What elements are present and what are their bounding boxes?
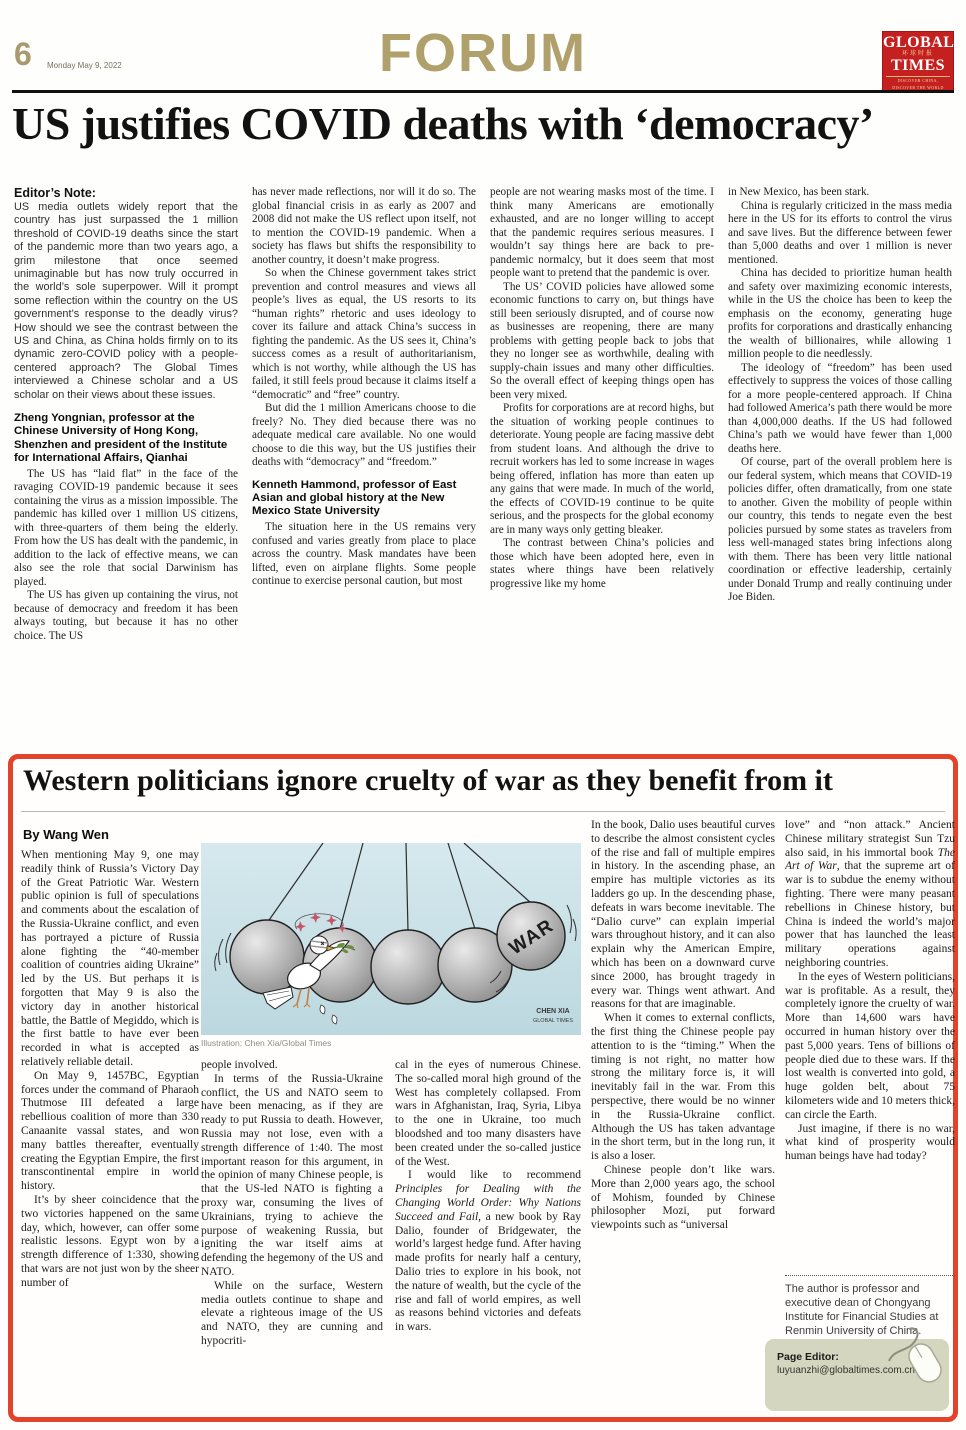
article-paragraph: It’s by sheer coincidence that the two v… [21,1194,199,1291]
scholar1-byline: Zheng Yongnian, professor at the Chinese… [14,412,238,465]
article-paragraph: people are not wearing masks most of the… [490,186,714,281]
artist-signature-line2: GLOBAL TIMES [533,1018,573,1024]
covid-column-3: people are not wearing masks most of the… [490,186,714,752]
page-editor-box: Page Editor: luyuanzhi@globaltimes.com.c… [765,1339,949,1411]
main-headline: US justifies COVID deaths with ‘democrac… [12,98,956,150]
author-byline: By Wang Wen [23,827,109,842]
article-paragraph: In the eyes of Western politicians, war … [785,971,955,1123]
recommend-pre: I would like to recommend [408,1169,581,1181]
article-paragraph: When it comes to external conflicts, the… [591,1012,775,1164]
article-paragraph: Chinese people don’t like wars. More tha… [591,1164,775,1233]
article-paragraph: The ideology of “freedom” has been used … [728,362,952,457]
war-article-headline: Western politicians ignore cruelty of wa… [23,763,943,799]
article-paragraph: love” and “non attack.” Ancient Chinese … [785,819,955,971]
war-headline-rule [21,811,945,812]
article-paragraph: Just imagine, if there is no war, what k… [785,1123,955,1164]
suntzu-pre: love” and “non attack.” Ancient Chinese … [785,819,955,859]
ball-3 [371,930,445,1004]
mouse-icon [885,1321,949,1387]
article-paragraph: people involved. [201,1059,383,1073]
article-paragraph: While on the surface, Western media outl… [201,1280,383,1349]
article-paragraph: has never made reflections, nor will it … [252,186,476,267]
war-column-2: people involved. In terms of the Russia-… [201,1059,383,1415]
covid-article-columns: Editor’s Note: US media outlets widely r… [14,186,952,752]
article-paragraph: On May 9, 1457BC, Egyptian forces under … [21,1070,199,1194]
newspaper-page: 6 Monday May 9, 2022 FORUM GLOBAL 环球时报 T… [0,0,966,1430]
article-paragraph: The US has given up containing the virus… [14,589,238,643]
newtons-cradle-drawing: WAR [201,843,581,1035]
article-paragraph: When mentioning May 9, one may readily t… [21,849,199,1070]
artist-signature: CHEN XIA [536,1008,569,1015]
article-paragraph: China is regularly criticized in the mas… [728,200,952,268]
recommend-post: , a new book by Ray Dalio, founder of Br… [395,1211,581,1333]
war-column-5: love” and “non attack.” Ancient Chinese … [785,819,955,1269]
header-rule [12,90,954,93]
logo-line2: TIMES [883,58,953,74]
article-paragraph: The US has “laid flat” in the face of th… [14,468,238,590]
editor-note-label: Editor’s Note: [14,186,238,201]
article-paragraph: The contrast between China’s policies an… [490,537,714,591]
war-article-box: Western politicians ignore cruelty of wa… [8,754,958,1422]
article-paragraph: But did the 1 million Americans choose t… [252,402,476,470]
article-paragraph: The situation here in the US remains ver… [252,521,476,589]
suntzu-post: , that the supreme art of war is to subd… [785,860,955,969]
war-column-3: cal in the eyes of numerous Chinese. The… [395,1059,581,1417]
newtons-cradle-illustration: WAR [201,843,581,1048]
article-paragraph: in New Mexico, has been stark. [728,186,952,200]
logo-tagline: DISCOVER CHINA, DISCOVER THE WORLD [886,76,950,91]
section-title: FORUM [0,22,966,84]
article-paragraph: The US’ COVID policies have allowed some… [490,281,714,403]
covid-column-2: has never made reflections, nor will it … [252,186,476,752]
logo-line1: GLOBAL [883,35,953,51]
article-paragraph: In terms of the Russia-Ukraine conflict,… [201,1073,383,1280]
war-column-1: When mentioning May 9, one may readily t… [21,849,199,1409]
article-paragraph: I would like to recommend Principles for… [395,1169,581,1335]
scholar2-byline: Kenneth Hammond, professor of East Asian… [252,479,476,519]
article-paragraph: Profits for corporations are at record h… [490,402,714,537]
illustration-caption: Illustration: Chen Xia/Global Times [201,1038,581,1048]
war-column-4: In the book, Dalio uses beautiful curves… [591,819,775,1415]
editor-note-text: US media outlets widely report that the … [14,201,238,402]
article-paragraph: cal in the eyes of numerous Chinese. The… [395,1059,581,1169]
covid-column-1: Editor’s Note: US media outlets widely r… [14,186,238,752]
article-paragraph: China has decided to prioritize human he… [728,267,952,362]
global-times-logo: GLOBAL 环球时报 TIMES DISCOVER CHINA, DISCOV… [882,31,954,91]
article-paragraph: In the book, Dalio uses beautiful curves… [591,819,775,1012]
article-paragraph: Of course, part of the overall problem h… [728,456,952,605]
article-paragraph: So when the Chinese government takes str… [252,267,476,402]
covid-column-4: in New Mexico, has been stark. China is … [728,186,952,752]
